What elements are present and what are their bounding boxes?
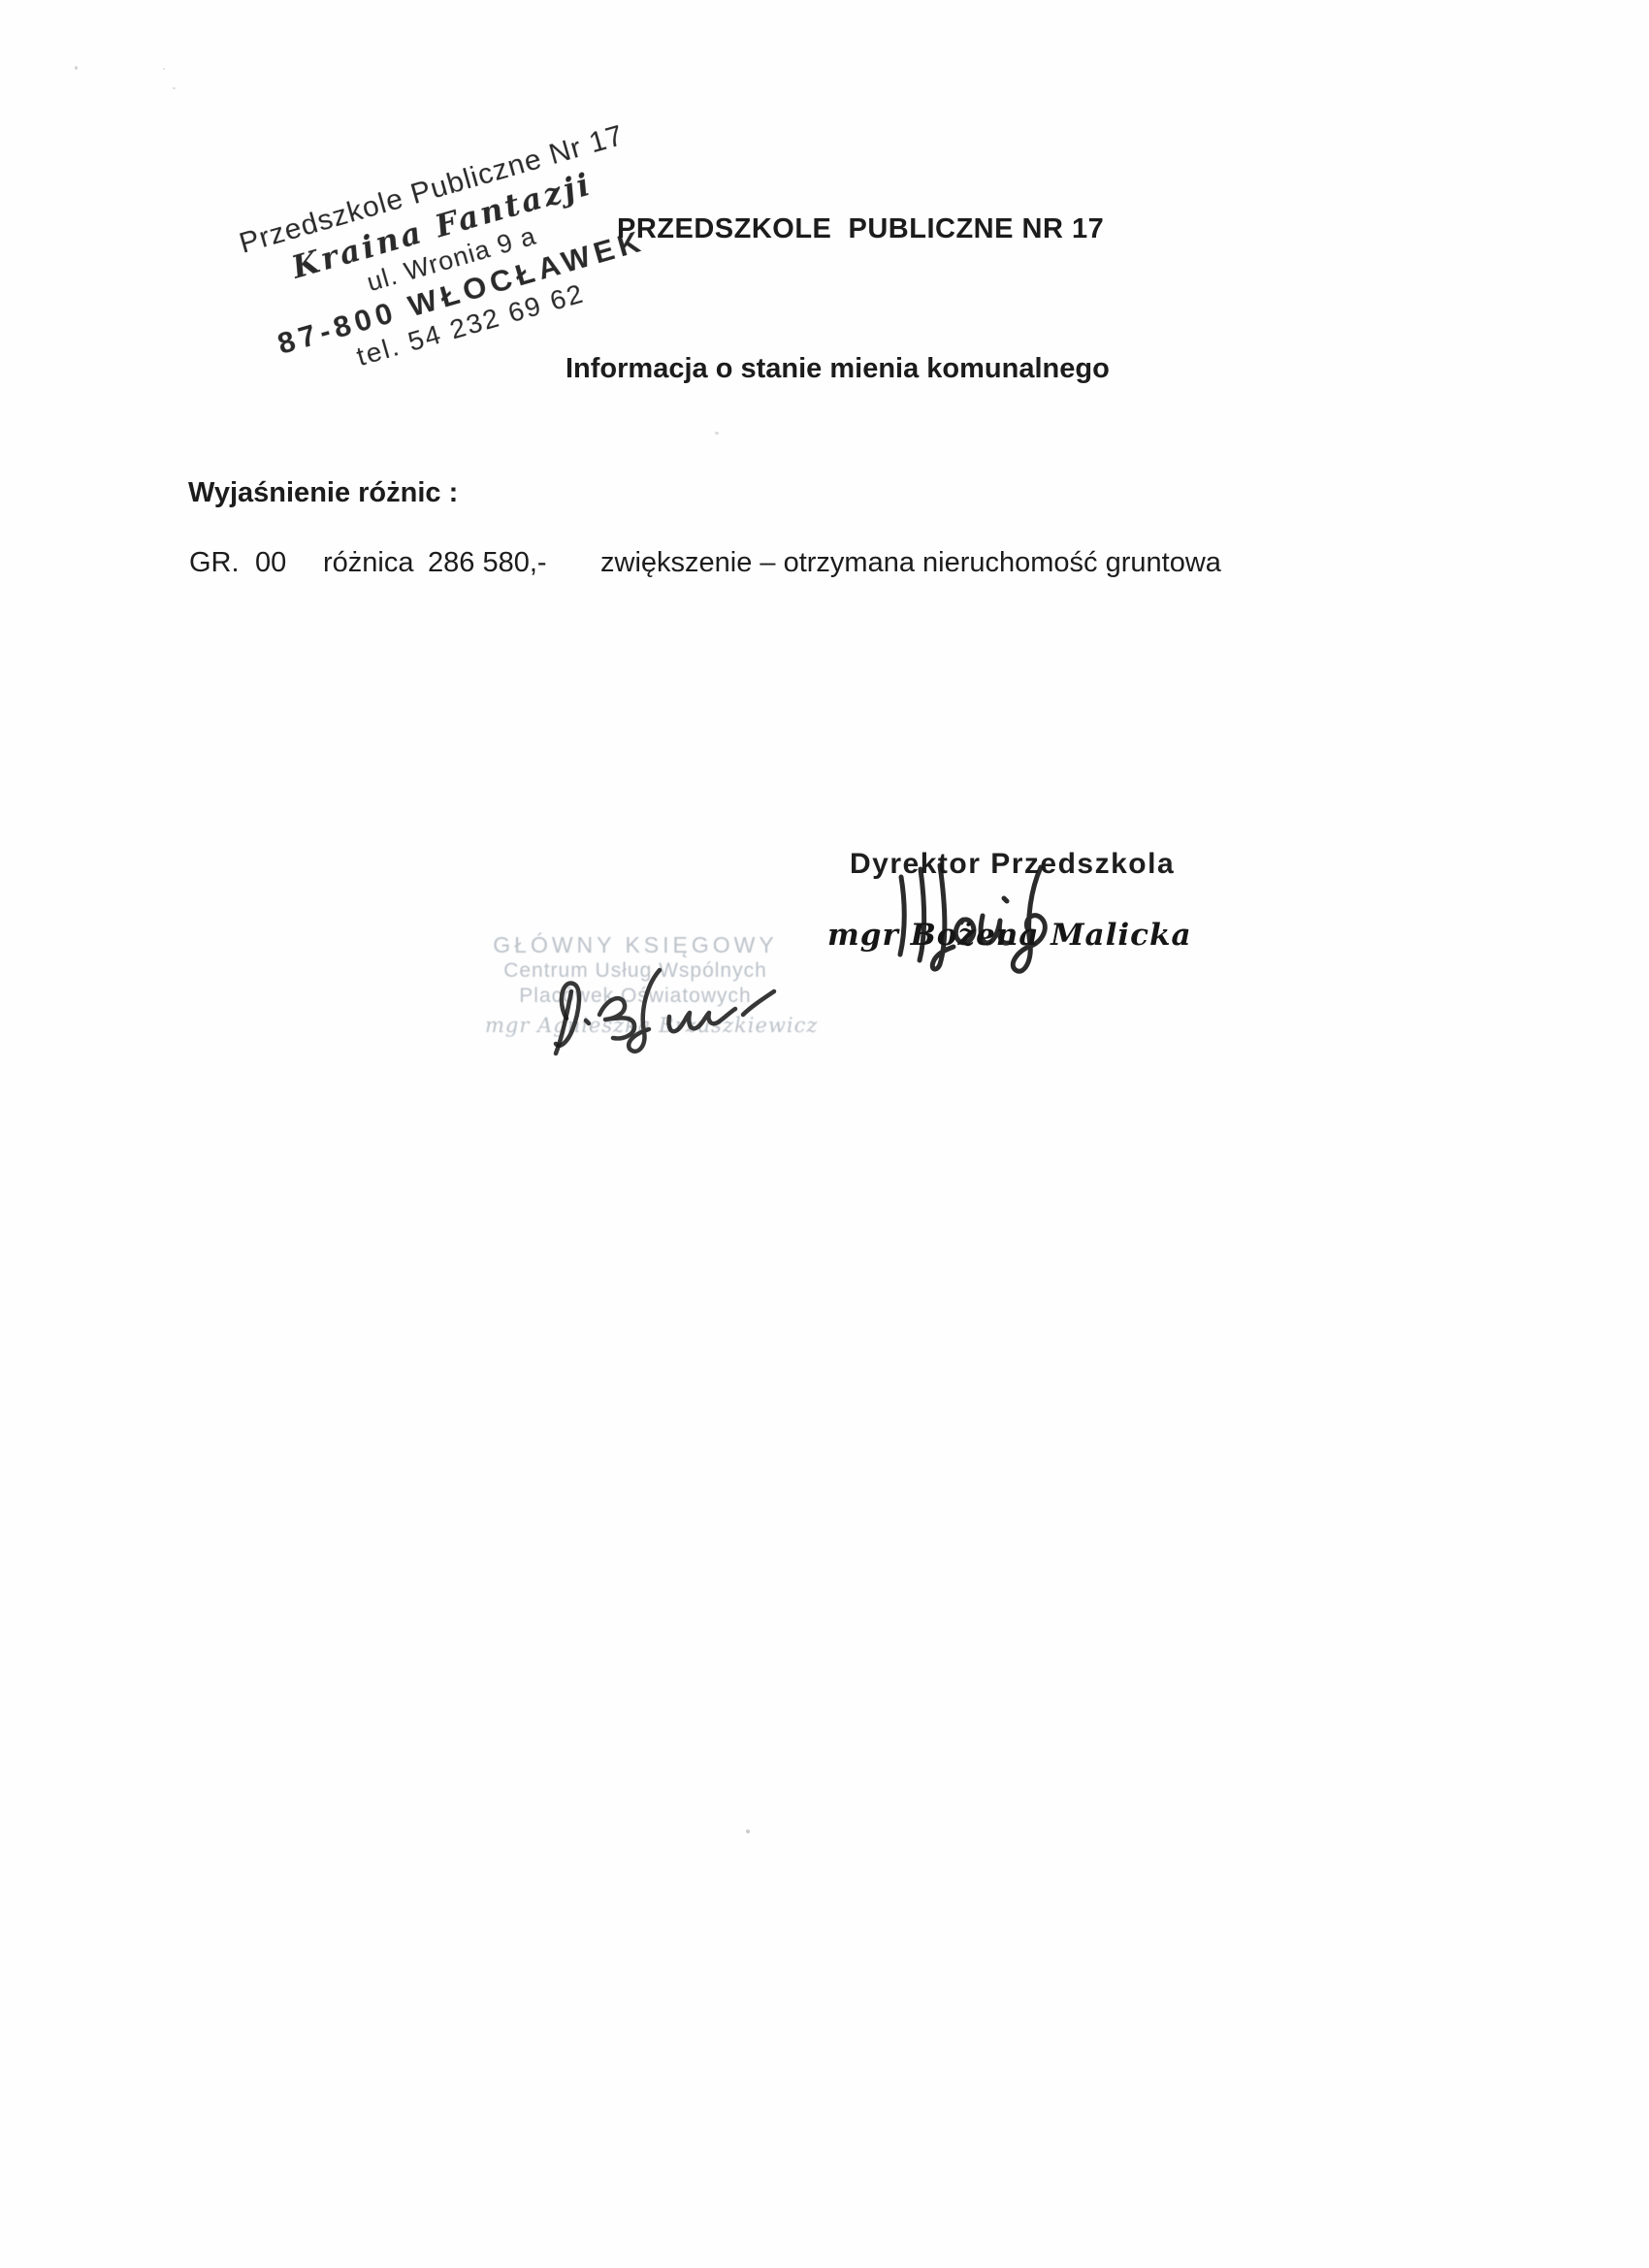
accountant-stamp-role: GŁÓWNY KSIĘGOWY [485, 931, 786, 958]
difference-explanation: zwiększenie – otrzymana nieruchomość gru… [600, 547, 1221, 579]
scanned-document-page: Przedszkole Publiczne Nr 17 Kraina Fanta… [0, 0, 1649, 2268]
group-label: GR. [189, 547, 240, 579]
difference-label: różnica [323, 547, 414, 579]
scan-speck [715, 432, 719, 435]
group-number: 00 [255, 547, 286, 579]
section-heading: Wyjaśnienie różnic : [188, 477, 458, 509]
scan-speck [163, 68, 165, 70]
document-subtitle: Informacja o stanie mienia komunalnego [566, 353, 1110, 385]
accountant-handwritten-signature-icon [539, 958, 792, 1060]
scan-speck [75, 66, 78, 70]
scan-speck [746, 1830, 750, 1833]
director-name-stamp: mgr Bożena Malicka [827, 918, 1192, 953]
difference-amount: 286 580,- [428, 547, 547, 579]
document-header-title: PRZEDSZKOLE PUBLICZNE NR 17 [617, 213, 1104, 245]
scan-speck [173, 87, 176, 89]
